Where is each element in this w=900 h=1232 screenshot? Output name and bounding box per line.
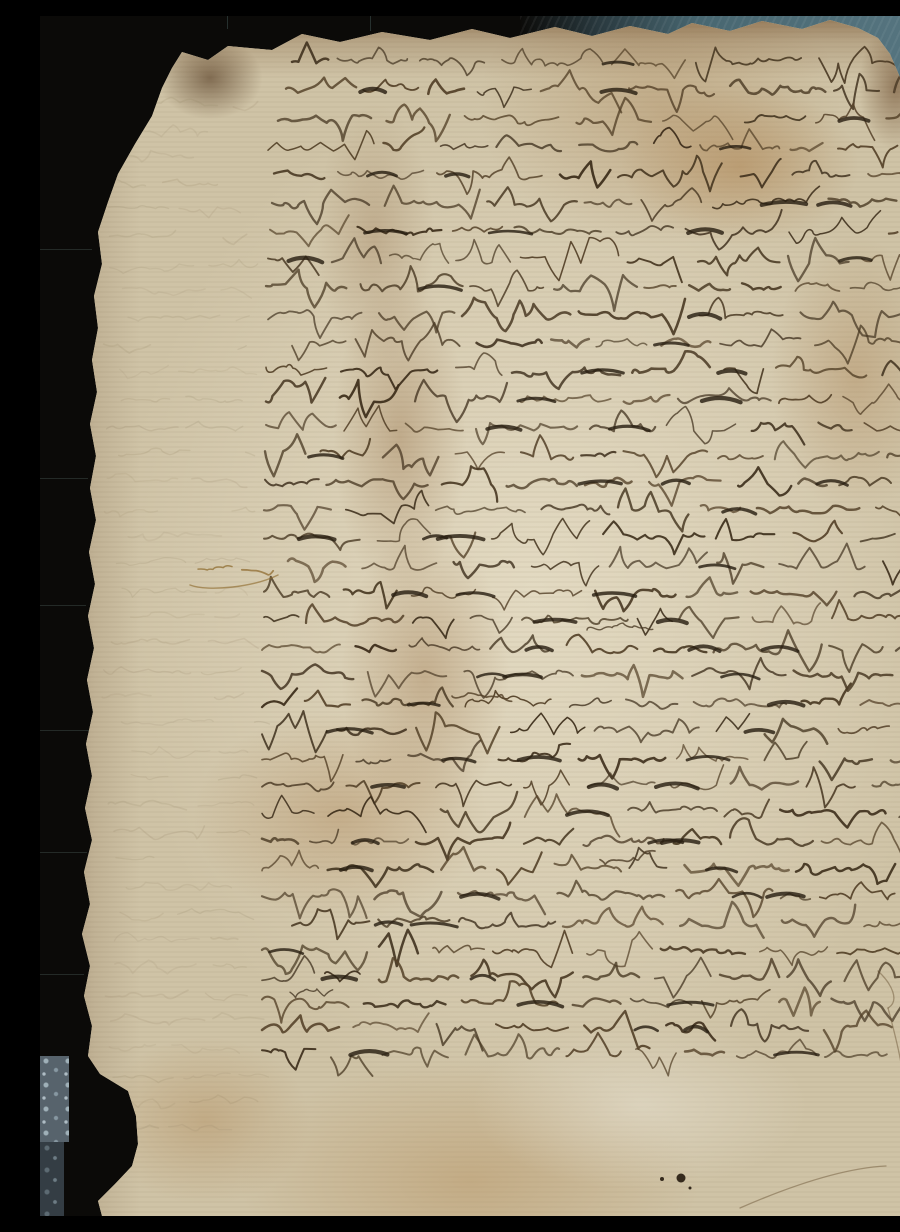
ink-stroke: [239, 1074, 268, 1077]
photo-of-manuscript: Photograph of a single page from an earl…: [40, 16, 900, 1216]
ink-stroke: [587, 932, 652, 967]
ink-stroke: [209, 259, 258, 267]
ink-stroke: [583, 963, 639, 980]
ink-stroke: [779, 395, 831, 404]
ink-stroke: [741, 159, 781, 188]
ink-stroke: [832, 600, 900, 620]
ink-stroke: [864, 922, 900, 928]
ink-stroke: [724, 800, 769, 818]
ink-stroke: [868, 173, 900, 195]
ink-stroke: [720, 329, 800, 346]
ink-stroke: [780, 810, 885, 828]
ink-stroke: [309, 455, 343, 459]
ink-stroke: [663, 115, 733, 139]
ink-stroke: [375, 891, 442, 917]
ink-stroke: [616, 226, 673, 235]
ink-stroke: [661, 947, 745, 954]
ink-stroke: [190, 575, 278, 588]
ink-stroke: [718, 455, 763, 459]
ink-stroke: [716, 714, 749, 732]
ink-stroke: [624, 450, 708, 477]
ink-stroke: [570, 698, 612, 707]
ink-stroke: [477, 87, 531, 107]
ink-stroke: [428, 80, 464, 94]
backdrop-scratch: [40, 730, 90, 731]
ink-stroke: [815, 326, 900, 364]
ink-stroke: [579, 299, 685, 334]
ink-stroke: [195, 558, 249, 563]
ink-stroke: [635, 1027, 658, 1031]
ink-stroke: [246, 452, 255, 455]
ink-stroke: [288, 559, 346, 582]
ink-stroke: [108, 801, 186, 810]
ink-stroke: [796, 864, 895, 884]
ink-stroke: [340, 380, 399, 417]
ink-stroke: [114, 933, 199, 942]
ink-stroke: [113, 1075, 173, 1082]
ink-stroke: [751, 590, 837, 605]
ink-stroke: [408, 703, 439, 705]
ink-stroke: [406, 423, 464, 431]
ink-stroke: [457, 593, 494, 597]
ink-stroke: [262, 889, 367, 918]
backdrop-thread: [227, 16, 228, 29]
ink-stroke: [115, 960, 196, 974]
ink-stroke: [266, 365, 327, 375]
ink-stroke: [128, 315, 220, 321]
ink-stroke: [223, 234, 247, 244]
ink-stroke: [511, 713, 585, 734]
ink-stroke: [415, 380, 507, 422]
ink-stroke: [110, 230, 176, 237]
ink-stroke: [441, 792, 518, 832]
ink-stroke: [610, 547, 707, 569]
ink-stroke: [489, 231, 532, 234]
ink-stroke: [487, 427, 520, 430]
ink-stroke: [471, 960, 572, 998]
ink-stroke: [215, 614, 240, 618]
ink-stroke: [878, 971, 894, 1008]
ink-stroke: [198, 566, 232, 570]
ink-stroke: [521, 435, 573, 460]
ink-stroke: [368, 172, 397, 176]
ink-stroke: [120, 365, 169, 378]
ink-stroke: [123, 288, 205, 296]
ink-stroke: [820, 759, 872, 781]
ink-stroke: [698, 248, 780, 276]
ink-stroke: [585, 200, 632, 207]
ink-stroke: [192, 478, 247, 487]
ink-stroke: [202, 668, 242, 675]
ink-stroke: [255, 722, 270, 724]
ink-stroke: [776, 357, 866, 378]
ink-stroke: [131, 775, 168, 780]
backdrop-scratch: [40, 852, 87, 853]
ink-stroke: [641, 188, 701, 221]
ink-stroke: [502, 49, 603, 66]
ink-stroke: [364, 1000, 446, 1007]
ink-stroke: [190, 1095, 258, 1104]
ink-blot: [660, 1177, 664, 1181]
ink-stroke: [822, 822, 900, 864]
ink-stroke: [114, 826, 204, 839]
ink-stroke: [626, 699, 677, 708]
backdrop-thread: [370, 16, 371, 31]
ink-stroke: [328, 797, 426, 833]
ink-stroke: [120, 913, 163, 921]
ink-stroke: [551, 339, 589, 347]
ink-stroke: [232, 507, 255, 511]
ink-stroke: [628, 257, 682, 282]
ink-stroke: [356, 323, 460, 361]
ink-stroke: [184, 1073, 230, 1079]
ink-stroke: [107, 426, 178, 431]
ink-stroke: [262, 838, 298, 843]
ink-stroke: [845, 960, 900, 990]
ink-stroke: [274, 171, 324, 179]
ink-stroke: [718, 371, 745, 374]
ink-stroke: [843, 384, 900, 414]
ink-stroke: [105, 510, 158, 517]
ink-stroke: [292, 909, 369, 939]
ink-stroke: [582, 665, 683, 697]
ink-stroke: [116, 856, 154, 859]
ink-stroke: [262, 850, 318, 870]
stone-slab-upper: [40, 1056, 69, 1142]
ink-stroke: [687, 756, 729, 760]
ink-stroke: [541, 505, 609, 515]
ink-stroke: [618, 156, 722, 192]
backdrop-scratch: [40, 974, 84, 975]
ink-stroke: [678, 388, 771, 403]
ink-stroke: [685, 1050, 724, 1056]
ink-stroke: [595, 719, 699, 742]
ink-stroke: [411, 923, 457, 927]
ink-stroke: [299, 536, 335, 539]
stone-slab-lower: [40, 1142, 64, 1216]
ink-stroke: [731, 1009, 808, 1041]
ink-stroke: [524, 829, 573, 845]
ink-stroke: [670, 765, 723, 790]
ink-stroke: [265, 479, 319, 486]
ink-stroke: [270, 215, 349, 246]
ink-stroke: [104, 667, 191, 674]
ink-stroke: [236, 316, 249, 321]
ink-stroke: [589, 784, 617, 788]
ink-stroke: [178, 909, 254, 920]
ink-stroke: [132, 747, 210, 759]
ink-stroke: [262, 997, 349, 1023]
ink-stroke: [110, 264, 194, 274]
ink-stroke: [455, 452, 504, 469]
backdrop-scratch: [40, 478, 88, 479]
ink-stroke: [676, 879, 772, 917]
ink-stroke: [262, 795, 314, 818]
ink-stroke: [219, 750, 248, 753]
ink-stroke: [644, 285, 676, 288]
ink-stroke: [834, 74, 879, 109]
ink-stroke: [876, 506, 900, 523]
ink-stroke: [416, 712, 499, 753]
ink-stroke: [654, 128, 691, 148]
ink-stroke: [662, 480, 689, 484]
ink-stroke: [233, 102, 257, 111]
ink-stroke: [624, 395, 670, 404]
ink-stroke: [723, 509, 756, 514]
ink-stroke: [490, 635, 548, 652]
ink-stroke: [838, 726, 889, 733]
ink-stroke: [456, 240, 510, 264]
ink-stroke: [290, 989, 333, 998]
ink-stroke: [272, 190, 369, 224]
ink-stroke: [262, 711, 327, 752]
ink-stroke: [169, 1125, 232, 1131]
ink-stroke: [742, 283, 781, 289]
ink-stroke: [102, 693, 151, 698]
ink-stroke: [107, 474, 177, 482]
ink-stroke: [305, 691, 350, 707]
ink-stroke: [420, 58, 485, 75]
ink-stroke: [436, 506, 525, 514]
ink-stroke: [217, 830, 250, 834]
ink-stroke: [507, 479, 577, 488]
ink-stroke: [740, 1166, 886, 1208]
ink-stroke: [186, 421, 243, 431]
ink-stroke: [519, 757, 560, 761]
ink-stroke: [198, 802, 254, 806]
ink-stroke: [454, 561, 514, 578]
ink-stroke: [882, 361, 900, 375]
ink-stroke: [221, 287, 251, 298]
ink-stroke: [465, 115, 559, 125]
ink-stroke: [861, 534, 895, 542]
ink-stroke: [131, 612, 204, 618]
ink-stroke: [497, 852, 542, 884]
ink-stroke: [111, 1014, 205, 1025]
ink-stroke: [888, 1008, 900, 1114]
backdrop-scratch: [40, 605, 86, 606]
ink-stroke: [752, 603, 820, 624]
ink-stroke: [356, 760, 390, 764]
ink-stroke: [793, 521, 842, 542]
ink-stroke: [112, 639, 190, 644]
ink-stroke: [579, 755, 666, 778]
ink-stroke: [270, 950, 303, 954]
ink-stroke: [441, 144, 488, 150]
ink-stroke: [262, 956, 314, 981]
ink-stroke: [465, 691, 551, 707]
ink-stroke: [266, 412, 336, 430]
ink-stroke: [829, 644, 883, 672]
ink-stroke: [353, 1013, 429, 1032]
ink-stroke: [262, 1049, 315, 1070]
ink-stroke: [775, 441, 879, 468]
ink-stroke: [128, 533, 221, 541]
ink-stroke: [408, 741, 480, 771]
ink-stroke: [262, 753, 343, 781]
ink-stroke: [362, 546, 436, 570]
ink-stroke: [687, 577, 738, 597]
ink-stroke: [126, 98, 217, 108]
ink-stroke: [795, 283, 839, 291]
ink-stroke: [289, 258, 323, 263]
ink-stroke: [264, 577, 329, 597]
ink-stroke: [752, 423, 805, 445]
ink-stroke: [262, 1015, 339, 1032]
ink-stroke: [262, 688, 297, 707]
ink-stroke: [436, 781, 511, 807]
ink-stroke: [268, 310, 362, 338]
ink-stroke: [419, 286, 461, 290]
ink-stroke: [383, 128, 424, 151]
backdrop-scratch: [40, 249, 92, 250]
ink-stroke: [532, 562, 599, 586]
handwriting-layer: [40, 16, 900, 1216]
ink-stroke: [121, 125, 207, 137]
ink-stroke: [818, 423, 851, 431]
ink-stroke: [172, 1045, 240, 1054]
ink-stroke: [818, 202, 851, 206]
ink-stroke: [563, 907, 663, 927]
ink-stroke: [433, 945, 484, 952]
ink-stroke: [103, 1125, 159, 1131]
ink-stroke: [717, 553, 763, 584]
ink-stroke: [883, 561, 900, 585]
ink-stroke: [567, 811, 608, 815]
ink-stroke: [337, 47, 407, 63]
ink-stroke: [716, 519, 775, 540]
ink-stroke: [456, 353, 502, 375]
ink-stroke: [126, 882, 231, 890]
ink-stroke: [802, 684, 851, 705]
ink-stroke: [738, 467, 791, 495]
ink-stroke: [238, 346, 246, 350]
ink-stroke: [806, 767, 855, 807]
ink-stroke: [526, 647, 552, 650]
ink-stroke: [122, 588, 206, 597]
ink-stroke: [655, 343, 689, 345]
ink-stroke: [666, 407, 735, 444]
ink-stroke: [219, 775, 257, 780]
ink-stroke: [573, 998, 621, 1006]
ink-stroke: [383, 445, 439, 476]
ink-stroke: [306, 604, 403, 625]
ink-stroke: [208, 639, 258, 649]
ink-stroke: [789, 211, 881, 244]
ink-stroke: [854, 589, 900, 598]
ink-stroke: [372, 785, 404, 787]
ink-stroke: [779, 544, 865, 570]
ink-stroke: [887, 454, 900, 458]
ink-stroke: [524, 770, 570, 805]
ink-stroke: [688, 229, 722, 233]
ink-stroke: [471, 975, 495, 980]
ink-stroke: [555, 855, 622, 872]
ink-stroke: [262, 644, 340, 652]
ink-stroke: [206, 993, 248, 1000]
ink-stroke: [860, 700, 900, 706]
ink-stroke: [521, 238, 619, 281]
ink-stroke: [477, 674, 506, 677]
ink-stroke: [689, 284, 730, 291]
ink-stroke: [108, 206, 168, 209]
ink-stroke: [179, 367, 257, 374]
ink-stroke: [103, 178, 145, 187]
ink-stroke: [390, 244, 449, 264]
ink-stroke: [496, 135, 561, 151]
ink-stroke: [632, 351, 710, 372]
ink-stroke: [891, 760, 900, 762]
ink-stroke: [262, 664, 353, 689]
ink-stroke: [730, 80, 825, 95]
ink-stroke: [393, 592, 426, 596]
ink-stroke: [496, 1024, 568, 1031]
ink-stroke: [757, 506, 859, 514]
ink-stroke: [745, 115, 806, 123]
ink-stroke: [838, 144, 897, 168]
ink-stroke: [560, 162, 610, 188]
ink-stroke: [628, 802, 717, 813]
ink-stroke: [106, 990, 188, 998]
ink-stroke: [278, 115, 371, 141]
ink-stroke: [689, 314, 720, 319]
ink-stroke: [567, 635, 638, 654]
ink-stroke: [368, 671, 447, 697]
ink-stroke: [350, 1051, 387, 1055]
ink-stroke: [292, 341, 346, 361]
ink-stroke: [762, 202, 807, 205]
ink-stroke: [477, 340, 542, 347]
ink-stroke: [470, 616, 512, 633]
ink-stroke: [685, 864, 789, 886]
ink-stroke: [601, 90, 635, 93]
ink-stroke: [579, 142, 637, 151]
ink-stroke: [696, 47, 801, 81]
ink-stroke: [794, 671, 893, 691]
ink-stroke: [119, 448, 190, 456]
ink-stroke: [584, 1011, 649, 1049]
ink-stroke: [886, 109, 900, 118]
ink-stroke: [356, 645, 396, 652]
ink-stroke: [379, 930, 418, 966]
ink-stroke: [610, 426, 650, 430]
ink-blot: [689, 1187, 692, 1190]
ink-stroke: [636, 1049, 676, 1076]
ink-stroke: [416, 823, 510, 860]
ink-stroke: [820, 882, 895, 899]
ink-stroke: [850, 282, 900, 290]
ink-stroke: [117, 558, 186, 566]
ink-stroke: [889, 232, 898, 233]
ink-stroke: [186, 396, 242, 402]
ink-stroke: [215, 693, 244, 699]
ink-stroke: [764, 742, 806, 761]
ink-stroke: [409, 638, 479, 651]
ink-stroke: [492, 519, 590, 555]
ink-stroke: [104, 344, 151, 353]
ink-stroke: [109, 1045, 155, 1051]
ink-stroke: [775, 1052, 819, 1055]
ink-stroke: [265, 434, 305, 476]
ink-stroke: [332, 238, 381, 263]
ink-stroke: [702, 398, 741, 402]
ink-stroke: [792, 161, 849, 177]
ink-stroke: [896, 645, 900, 651]
ink-stroke: [791, 143, 823, 151]
ink-stroke: [462, 298, 570, 331]
ink-stroke: [163, 179, 218, 185]
ink-stroke: [554, 275, 637, 311]
